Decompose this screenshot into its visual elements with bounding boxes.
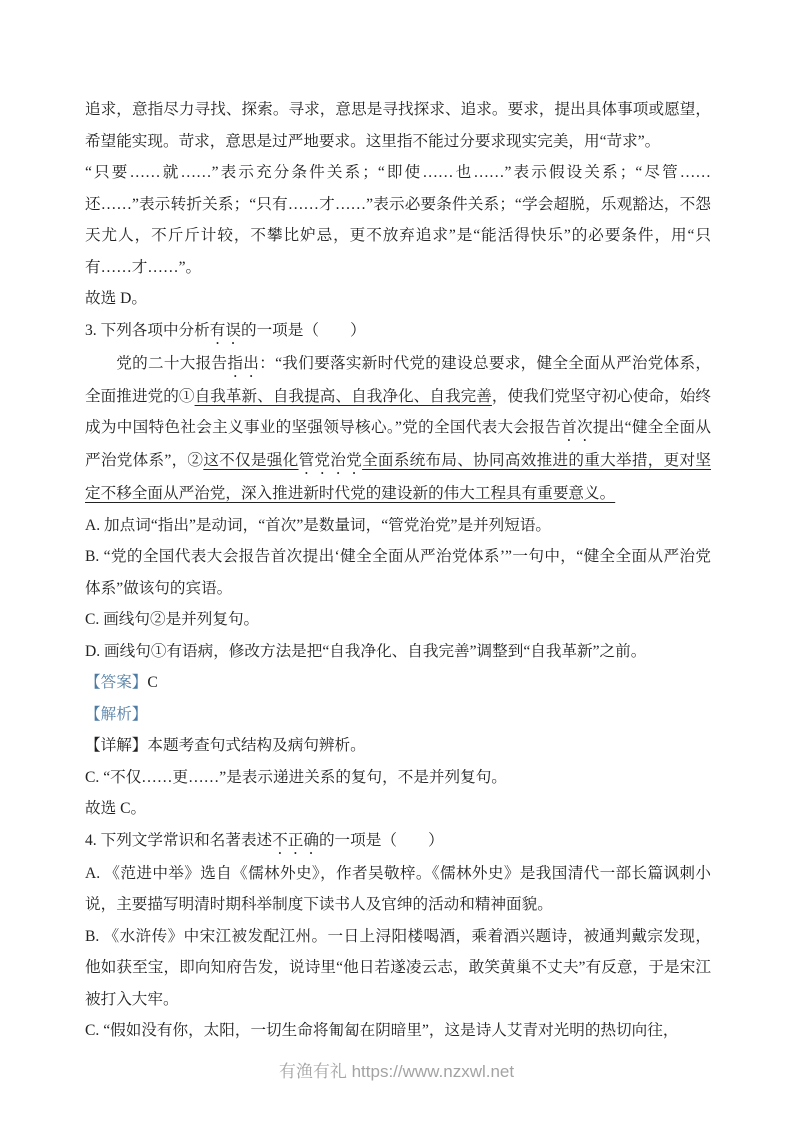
document-body: 追求，意指尽力寻找、探索。寻求，意思是寻找探求、追求。要求，提出具体事项或愿望，… <box>85 94 711 1047</box>
q4-stem-text: 4. 下列文学常识和名著表述 <box>85 832 272 849</box>
answer-label: 【答案】 <box>85 674 147 691</box>
question-4-stem: 4. 下列文学常识和名著表述不正确的一项是（ ） <box>85 825 711 858</box>
q3-option-d: D. 画线句①有语病，修改方法是把“自我净化、自我完善”调整到“自我革新”之前。 <box>85 636 711 668</box>
document-page: 追求，意指尽力寻找、探索。寻求，意思是寻找探求、追求。要求，提出具体事项或愿望，… <box>0 0 793 1122</box>
q3-passage-dotted-word-1: 指出 <box>227 355 259 372</box>
q3-stem-emphasized-word: 有误 <box>210 322 241 339</box>
q4-option-b: B. 《水浒传》中宋江被发配江州。一日上浔阳楼喝酒，乘着酒兴题诗，被通判戴宗发现… <box>85 921 711 1016</box>
q3-detail-line: 【详解】本题考查句式结构及病句辨析。 <box>85 730 711 762</box>
q3-conclusion: 故选 C。 <box>85 793 711 825</box>
question-3-stem: 3. 下列各项中分析有误的一项是（ ） <box>85 315 711 348</box>
q3-option-b: B. “党的全国代表大会报告首次提出‘健全全面从严治党体系’”一句中，“健全全面… <box>85 541 711 604</box>
q3-stem-tail: 的一项是（ ） <box>241 322 366 339</box>
q3-analysis-line: 【解析】 <box>85 699 711 731</box>
q3-detail-option-c-note: C. “不仅……更……”是表示递进关系的复句，不是并列复句。 <box>85 762 711 794</box>
q3-answer-line: 【答案】C <box>85 667 711 699</box>
q3-stem-text: 3. 下列各项中分析 <box>85 322 210 339</box>
q3-passage-run-plain-1: 党的二十大报告 <box>116 355 227 372</box>
q3-passage: 党的二十大报告指出：“我们要落实新时代党的建设总要求，健全全面从严治党体系，全面… <box>85 348 711 510</box>
q4-option-a: A. 《范进中举》选自《儒林外史》，作者吴敬梓。《儒林外史》是我国清代一部长篇讽… <box>85 858 711 921</box>
q2-explanation-paragraph-2: “只要……就……”表示充分条件关系；“即使……也……”表示假设关系；“尽管……还… <box>85 157 711 283</box>
watermark-footer: 有渔有礼 https://www.nzxwl.net <box>0 1057 793 1082</box>
q4-stem-emphasized-word: 不正确 <box>272 832 319 849</box>
q3-passage-dotted-word-2: 首次 <box>561 419 593 436</box>
q3-passage-underlined-clause-2: 这不仅是强化 <box>203 452 298 469</box>
q3-option-a: A. 加点词“指出”是动词，“首次”是数量词，“管党治党”是并列短语。 <box>85 510 711 542</box>
q4-stem-tail: 的一项是（ ） <box>319 832 444 849</box>
q3-passage-underlined-clause-1: 自我革新、自我提高、自我净化、自我完善 <box>195 388 492 405</box>
answer-value: C <box>147 674 157 691</box>
q2-conclusion: 故选 D。 <box>85 283 711 315</box>
q2-explanation-paragraph-1: 追求，意指尽力寻找、探索。寻求，意思是寻找探求、追求。要求，提出具体事项或愿望，… <box>85 94 711 157</box>
q4-option-c: C. “假如没有你，太阳，一切生命将匍匐在阴暗里”，这是诗人艾青对光明的热切向往… <box>85 1015 711 1047</box>
q3-passage-dotted-word-3: 管党治党 <box>299 452 363 469</box>
q3-option-c: C. 画线句②是并列复句。 <box>85 604 711 636</box>
analysis-label: 【解析】 <box>85 706 147 723</box>
